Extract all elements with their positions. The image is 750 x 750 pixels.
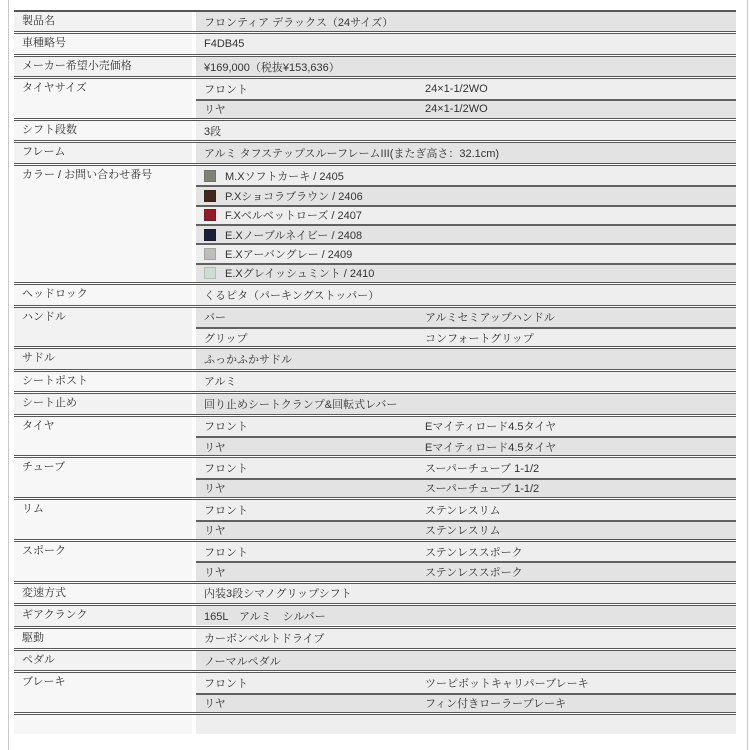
spec-row: 内装3段シマノグリップシフト [196, 584, 736, 603]
spec-row-group: チューブフロントスーパーチューブ 1-1/2リヤスーパーチューブ 1-1/2 [14, 455, 736, 497]
spec-value: ノーマルペダル [204, 653, 736, 669]
spec-row: 165L アルミ シルバー [196, 606, 736, 625]
spec-row: リヤEマイティロード4.5タイヤ [196, 436, 736, 455]
value-column: ふっかふかサドル [196, 349, 736, 368]
spec-value: 165L アルミ シルバー [204, 608, 736, 624]
row-label-cell: ブレーキ [14, 673, 192, 712]
spec-value: Eマイティロード4.5タイヤ [425, 439, 736, 455]
row-label: 変速方式 [22, 584, 66, 603]
color-swatch [204, 248, 216, 260]
row-label: ギアクランク [22, 606, 87, 625]
spec-value: ステンレススポーク [425, 564, 736, 580]
spec-value: ふっかふかサドル [204, 351, 736, 367]
spec-value: P.Xショコラブラウン / 2406 [225, 188, 736, 204]
value-column: アルミ [196, 372, 736, 391]
row-label-cell: ペダル [14, 651, 192, 670]
spec-value: ステンレスリム [425, 502, 736, 518]
value-column: バーアルミセミアップハンドルグリップコンフォートグリップ [196, 308, 736, 347]
value-column: フロント24×1-1/2WOリヤ24×1-1/2WO [196, 79, 736, 118]
row-label: スポーク [22, 542, 66, 561]
spec-value: フィン付きローラーブレーキ [425, 695, 736, 711]
row-label-cell: 製品名 [14, 12, 192, 31]
spec-row: M.Xソフトカーキ / 2405 [196, 166, 736, 185]
sub-label: フロント [204, 544, 425, 560]
sub-label: リヤ [204, 695, 425, 711]
row-label: シートポスト [22, 372, 88, 391]
sub-label: フロント [204, 460, 425, 476]
sub-label: グリップ [204, 330, 425, 346]
spec-row: フロントスーパーチューブ 1-1/2 [196, 458, 736, 477]
value-column: ¥169,000（税抜¥153,636） [196, 57, 736, 76]
spec-value: E.Xグレイッシュミント / 2410 [225, 265, 736, 281]
spec-row: グリップコンフォートグリップ [196, 327, 736, 346]
row-label-cell: シフト段数 [14, 121, 192, 140]
spec-row-group: メーカー希望小売価格¥169,000（税抜¥153,636） [14, 54, 736, 76]
left-border-line [8, 0, 9, 750]
value-column: フロントEマイティロード4.5タイヤリヤEマイティロード4.5タイヤ [196, 417, 736, 456]
spec-value: ステンレスリム [425, 522, 736, 538]
value-column: くるピタ（パーキングストッパー） [196, 285, 736, 304]
spec-row-group: サドルふっかふかサドル [14, 346, 736, 368]
spec-value: ステンレススポーク [425, 544, 736, 560]
row-label: ブレーキ [22, 673, 66, 692]
spec-row-group: ブレーキフロントツーピボットキャリパーブレーキリヤフィン付きローラーブレーキ [14, 670, 736, 712]
spec-row-group: スポークフロントステンレススポークリヤステンレススポーク [14, 539, 736, 581]
spec-row: リヤスーパーチューブ 1-1/2 [196, 478, 736, 497]
spec-row: フロンティア デラックス（24サイズ） [196, 12, 736, 31]
spec-row: アルミ [196, 372, 736, 391]
value-column: フロンティア デラックス（24サイズ） [196, 12, 736, 31]
row-label: シフト段数 [22, 121, 77, 140]
spec-row-group: シートポストアルミ [14, 369, 736, 391]
sub-label: リヤ [204, 439, 425, 455]
value-column: フロントスーパーチューブ 1-1/2リヤスーパーチューブ 1-1/2 [196, 458, 736, 497]
spec-row: フロントEマイティロード4.5タイヤ [196, 417, 736, 436]
value-column: カーボンベルトドライブ [196, 629, 736, 648]
row-label: チューブ [22, 458, 65, 477]
spec-row-group: ギアクランク165L アルミ シルバー [14, 603, 736, 625]
value-column: 3段 [196, 121, 736, 140]
row-label-cell: リム [14, 500, 192, 539]
sub-label: バー [204, 309, 425, 325]
spec-row-group: シフト段数3段 [14, 118, 736, 140]
value-column: M.Xソフトカーキ / 2405P.Xショコラブラウン / 2406F.Xベルベ… [196, 166, 736, 282]
row-label: フレーム [22, 143, 66, 162]
spec-row: リヤ24×1-1/2WO [196, 99, 736, 118]
spec-row-group: タイヤサイズフロント24×1-1/2WOリヤ24×1-1/2WO [14, 76, 736, 118]
spec-row-group: 変速方式内装3段シマノグリップシフト [14, 581, 736, 603]
color-swatch [204, 267, 216, 279]
spec-row: フロントステンレススポーク [196, 542, 736, 561]
spec-row: P.Xショコラブラウン / 2406 [196, 185, 736, 204]
spec-row-group: 製品名フロンティア デラックス（24サイズ） [14, 12, 736, 31]
spec-row: くるピタ（パーキングストッパー） [196, 285, 736, 304]
row-label: タイヤ [22, 417, 55, 436]
value-column: 回り止めシートクランプ&回転式レバー [196, 394, 736, 413]
value-column [196, 715, 736, 734]
value-column: フロントステンレススポークリヤステンレススポーク [196, 542, 736, 581]
sub-label: フロント [204, 81, 425, 97]
row-label-cell: チューブ [14, 458, 192, 497]
spec-value: Eマイティロード4.5タイヤ [425, 418, 736, 434]
spec-row-group: ハンドルバーアルミセミアップハンドルグリップコンフォートグリップ [14, 305, 736, 347]
row-label: 車種略号 [22, 34, 66, 53]
color-swatch [204, 209, 216, 221]
spec-row: E.Xノーブルネイビー / 2408 [196, 224, 736, 243]
spec-row: ノーマルペダル [196, 651, 736, 670]
spec-row [196, 715, 736, 734]
spec-value: 回り止めシートクランプ&回転式レバー [204, 396, 736, 412]
spec-row: フロントツーピボットキャリパーブレーキ [196, 673, 736, 692]
sub-label: リヤ [204, 480, 425, 496]
value-column: 165L アルミ シルバー [196, 606, 736, 625]
spec-row-group: 車種略号F4DB45 [14, 31, 736, 53]
value-column: F4DB45 [196, 34, 736, 53]
sub-label: リヤ [204, 101, 425, 117]
row-label: サドル [22, 349, 55, 368]
row-label-cell: カラー / お問い合わせ番号 [14, 166, 192, 282]
sub-label: リヤ [204, 564, 425, 580]
right-border-line [747, 0, 748, 750]
spec-row-group [14, 712, 736, 734]
spec-value: F4DB45 [204, 38, 736, 50]
value-column: 内装3段シマノグリップシフト [196, 584, 736, 603]
sub-label: フロント [204, 675, 425, 691]
spec-row-group: ヘッドロックくるピタ（パーキングストッパー） [14, 282, 736, 304]
row-label: 製品名 [22, 12, 55, 31]
spec-row: ¥169,000（税抜¥153,636） [196, 57, 736, 76]
row-label: リム [22, 500, 44, 519]
spec-row: リヤフィン付きローラーブレーキ [196, 693, 736, 712]
row-label: ハンドル [22, 308, 66, 327]
spec-value: フロンティア デラックス（24サイズ） [204, 14, 736, 30]
spec-row: フロント24×1-1/2WO [196, 79, 736, 98]
row-label-cell: スポーク [14, 542, 192, 581]
spec-table: 製品名フロンティア デラックス（24サイズ）車種略号F4DB45メーカー希望小売… [14, 10, 736, 734]
color-swatch [204, 190, 216, 202]
row-label: カラー / お問い合わせ番号 [22, 166, 152, 185]
spec-row: F4DB45 [196, 34, 736, 53]
spec-value: 3段 [204, 123, 736, 139]
spec-value: スーパーチューブ 1-1/2 [425, 480, 736, 496]
spec-row: E.Xグレイッシュミント / 2410 [196, 263, 736, 282]
spec-value: 24×1-1/2WO [425, 103, 736, 115]
spec-value: E.Xノーブルネイビー / 2408 [225, 227, 736, 243]
row-label: メーカー希望小売価格 [22, 57, 132, 76]
row-label-cell: 車種略号 [14, 34, 192, 53]
row-label-cell: タイヤサイズ [14, 79, 192, 118]
row-label-cell: メーカー希望小売価格 [14, 57, 192, 76]
spec-row: 回り止めシートクランプ&回転式レバー [196, 394, 736, 413]
sub-label: フロント [204, 502, 425, 518]
value-column: ノーマルペダル [196, 651, 736, 670]
spec-row-group: リムフロントステンレスリムリヤステンレスリム [14, 497, 736, 539]
spec-value: くるピタ（パーキングストッパー） [204, 287, 736, 303]
row-label-cell: タイヤ [14, 417, 192, 456]
spec-row-group: フレームアルミ タフステップスルーフレームIII(またぎ高さ：32.1cm) [14, 140, 736, 162]
spec-value: E.Xアーバングレー / 2409 [225, 246, 736, 262]
spec-value: F.Xベルベットローズ / 2407 [225, 207, 736, 223]
row-label-cell: 変速方式 [14, 584, 192, 603]
row-label-cell: ヘッドロック [14, 285, 192, 304]
spec-value: アルミ タフステップスルーフレームIII(またぎ高さ：32.1cm) [204, 145, 736, 161]
row-label-cell: フレーム [14, 143, 192, 162]
row-label: シート止め [22, 394, 77, 413]
row-label-cell: サドル [14, 349, 192, 368]
spec-row: ふっかふかサドル [196, 349, 736, 368]
spec-row: 3段 [196, 121, 736, 140]
value-column: フロントツーピボットキャリパーブレーキリヤフィン付きローラーブレーキ [196, 673, 736, 712]
spec-value: ¥169,000（税抜¥153,636） [204, 59, 736, 75]
color-swatch [204, 170, 216, 182]
spec-value: アルミ [204, 373, 736, 389]
sub-label: リヤ [204, 522, 425, 538]
spec-row: バーアルミセミアップハンドル [196, 308, 736, 327]
spec-row: F.Xベルベットローズ / 2407 [196, 205, 736, 224]
spec-row-group: シート止め回り止めシートクランプ&回転式レバー [14, 391, 736, 413]
spec-row: リヤステンレススポーク [196, 561, 736, 580]
row-label-cell: 駆動 [14, 629, 192, 648]
spec-value: 内装3段シマノグリップシフト [204, 585, 736, 601]
spec-value: 24×1-1/2WO [425, 83, 736, 95]
spec-row-group: 駆動カーボンベルトドライブ [14, 626, 736, 648]
spec-value: カーボンベルトドライブ [204, 630, 736, 646]
row-label: ヘッドロック [22, 285, 88, 304]
spec-value: コンフォートグリップ [425, 330, 736, 346]
color-swatch [204, 229, 216, 241]
row-label: タイヤサイズ [22, 79, 87, 98]
spec-row: アルミ タフステップスルーフレームIII(またぎ高さ：32.1cm) [196, 143, 736, 162]
value-column: アルミ タフステップスルーフレームIII(またぎ高さ：32.1cm) [196, 143, 736, 162]
spec-value: ツーピボットキャリパーブレーキ [425, 675, 736, 691]
spec-row: リヤステンレスリム [196, 520, 736, 539]
value-column: フロントステンレスリムリヤステンレスリム [196, 500, 736, 539]
row-label-cell: シートポスト [14, 372, 192, 391]
row-label-cell: ギアクランク [14, 606, 192, 625]
spec-value: アルミセミアップハンドル [425, 309, 736, 325]
row-label-cell: ハンドル [14, 308, 192, 347]
spec-value: M.Xソフトカーキ / 2405 [225, 168, 736, 184]
row-label-cell: シート止め [14, 394, 192, 413]
spec-row-group: カラー / お問い合わせ番号M.Xソフトカーキ / 2405P.Xショコラブラウ… [14, 163, 736, 282]
sub-label: フロント [204, 418, 425, 434]
spec-row: E.Xアーバングレー / 2409 [196, 243, 736, 262]
spec-row-group: タイヤフロントEマイティロード4.5タイヤリヤEマイティロード4.5タイヤ [14, 414, 736, 456]
row-label: 駆動 [22, 629, 44, 648]
row-label: ペダル [22, 651, 55, 670]
spec-row: カーボンベルトドライブ [196, 629, 736, 648]
spec-row: フロントステンレスリム [196, 500, 736, 519]
spec-value: スーパーチューブ 1-1/2 [425, 460, 736, 476]
row-label-cell [14, 715, 192, 734]
spec-row-group: ペダルノーマルペダル [14, 648, 736, 670]
